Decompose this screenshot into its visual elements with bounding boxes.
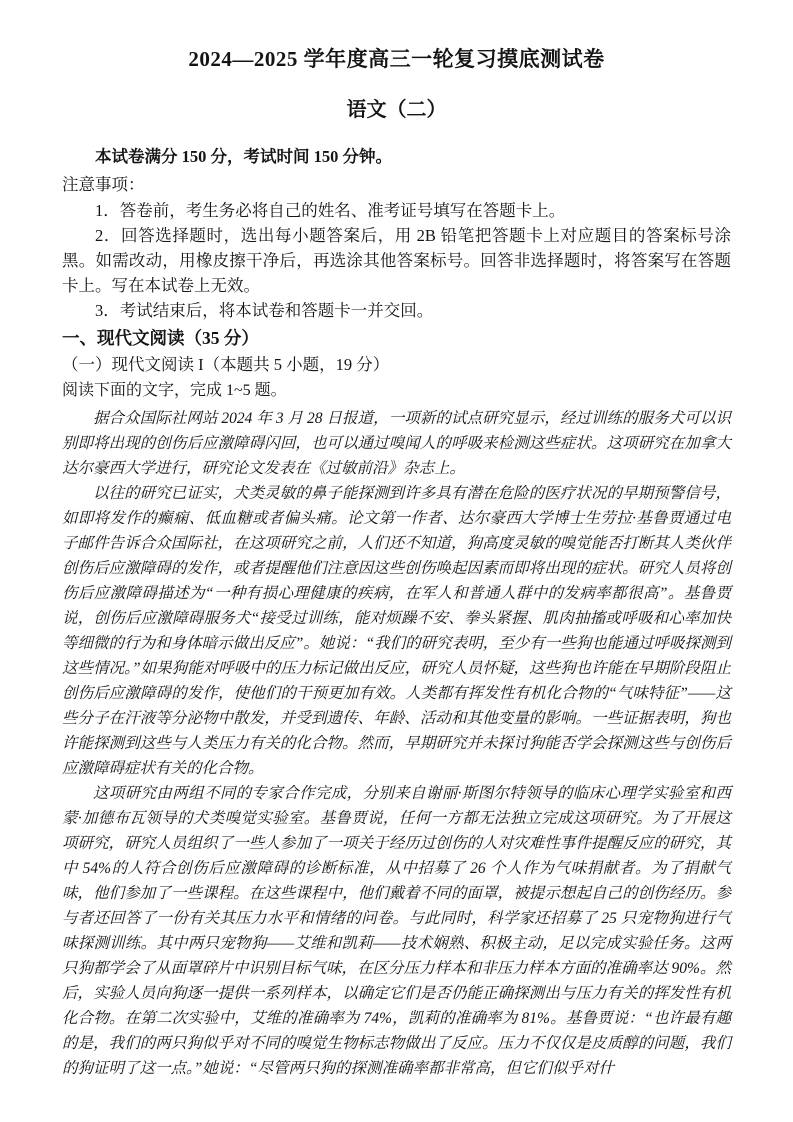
document-page: 2024—2025 学年度高三一轮复习摸底测试卷 语文（二） 本试卷满分 150… xyxy=(0,0,793,1122)
notice-item: 3．考试结束后，将本试卷和答题卡一并交回。 xyxy=(62,298,731,323)
notice-item: 1．答卷前，考生务必将自己的姓名、准考证号填写在答题卡上。 xyxy=(62,198,731,223)
notice-heading: 注意事项： xyxy=(62,172,731,198)
exam-info: 本试卷满分 150 分，考试时间 150 分钟。 xyxy=(62,144,731,170)
passage-paragraph: 这项研究由两组不同的专家合作完成，分别来自谢丽·斯图尔特领导的临床心理学实验室和… xyxy=(62,781,731,1081)
passage-paragraph: 以往的研究已证实，犬类灵敏的鼻子能探测到许多具有潜在危险的医疗状况的早期预警信号… xyxy=(62,481,731,781)
reading-passage: 据合众国际社网站 2024 年 3 月 28 日报道，一项新的试点研究显示，经过… xyxy=(62,406,731,1081)
notice-item: 2．回答选择题时，选出每小题答案后，用 2B 铅笔把答题卡上对应题目的答案标号涂… xyxy=(62,223,731,298)
section-modern-reading: 一、现代文阅读（35 分） （一）现代文阅读 I（本题共 5 小题，19 分） … xyxy=(62,325,731,1081)
page-subtitle: 语文（二） xyxy=(62,96,731,124)
reading-instruction: 阅读下面的文字，完成 1~5 题。 xyxy=(62,378,731,404)
passage-paragraph: 据合众国际社网站 2024 年 3 月 28 日报道，一项新的试点研究显示，经过… xyxy=(62,406,731,481)
page-title: 2024—2025 学年度高三一轮复习摸底测试卷 xyxy=(62,44,731,74)
subsection-heading: （一）现代文阅读 I（本题共 5 小题，19 分） xyxy=(62,352,731,378)
section-heading: 一、现代文阅读（35 分） xyxy=(62,325,731,352)
notice-section: 注意事项： 1．答卷前，考生务必将自己的姓名、准考证号填写在答题卡上。 2．回答… xyxy=(62,172,731,323)
